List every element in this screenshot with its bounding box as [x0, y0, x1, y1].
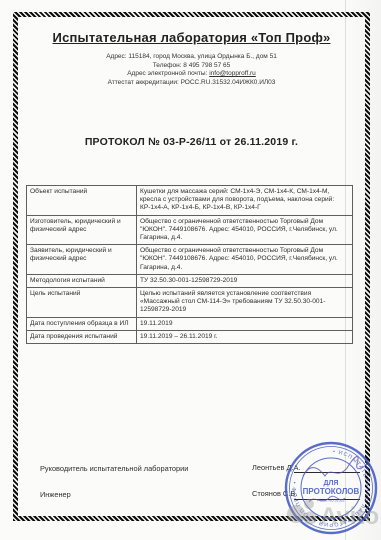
signature-role-head: Руководитель испытательной лаборатории: [40, 464, 188, 473]
signature-role-engineer: Инженер: [40, 490, 71, 499]
table-row: Дата поступления образца в ИЛ 19.11.2019: [27, 317, 353, 330]
row-label: Цель испытаний: [27, 288, 137, 318]
row-label: Изготовитель, юридический и физический а…: [27, 215, 137, 245]
lab-email-line: Адрес электронной почты: info@topproff.r…: [13, 70, 370, 79]
watermark-dot-large: [287, 505, 305, 523]
watermark-dot-mid: [304, 512, 317, 525]
lab-phone: Телефон: 8 495 798 57 65: [13, 62, 370, 71]
row-label: Объект испытаний: [27, 186, 137, 216]
lab-email: info@topproff.ru: [209, 70, 256, 77]
row-value: Кушетки для массажа серий: СМ-1х4-Э, СМ-…: [137, 186, 353, 216]
table-row: Изготовитель, юридический и физический а…: [27, 215, 353, 245]
protocol-title: ПРОТОКОЛ № 03-Р-26/11 от 26.11.2019 г.: [13, 136, 370, 148]
row-label: Заявитель, юридический и физический адре…: [27, 245, 137, 275]
table-row: Цель испытаний Целью испытаний является …: [27, 288, 353, 318]
table-row: Дата проведения испытаний 19.11.2019 – 2…: [27, 330, 353, 343]
table-row: Методология испытаний ТУ 32.50.30-001-12…: [27, 274, 353, 287]
watermark-dot-small: [304, 499, 314, 509]
table-row: Заявитель, юридический и физический адре…: [27, 245, 353, 275]
row-value: 19.11.2019: [137, 317, 353, 330]
protocol-spec-table: Объект испытаний Кушетки для массажа сер…: [26, 185, 353, 344]
row-value: Общество с ограниченной ответственностью…: [137, 245, 353, 275]
row-value: Общество с ограниченной ответственностью…: [137, 215, 353, 245]
row-value: ТУ 32.50.30-001-12598729-2019: [137, 274, 353, 287]
stamp-center-line1: ДЛЯ: [324, 480, 339, 487]
watermark-text: Avito: [320, 503, 379, 530]
scanned-protocol-document: Испытательная лаборатория «Топ Проф» Адр…: [0, 0, 381, 540]
lab-email-label: Адрес электронной почты:: [127, 70, 209, 77]
row-label: Дата поступления образца в ИЛ: [27, 317, 137, 330]
row-label: Методология испытаний: [27, 274, 137, 287]
table-row: Объект испытаний Кушетки для массажа сер…: [27, 186, 353, 216]
lab-contacts-block: Адрес: 115184, город Москва, улица Ордын…: [13, 53, 370, 87]
avito-watermark: Avito: [284, 492, 381, 540]
lab-accreditation: Аттестат аккредитации: РОСС.RU.31532.04И…: [13, 79, 370, 88]
lab-title: Испытательная лаборатория «Топ Проф»: [13, 30, 370, 45]
lab-address: Адрес: 115184, город Москва, улица Ордын…: [13, 53, 370, 62]
row-value: Целью испытаний является установление со…: [137, 288, 353, 318]
row-value: 19.11.2019 – 26.11.2019 г.: [137, 330, 353, 343]
row-label: Дата проведения испытаний: [27, 330, 137, 343]
